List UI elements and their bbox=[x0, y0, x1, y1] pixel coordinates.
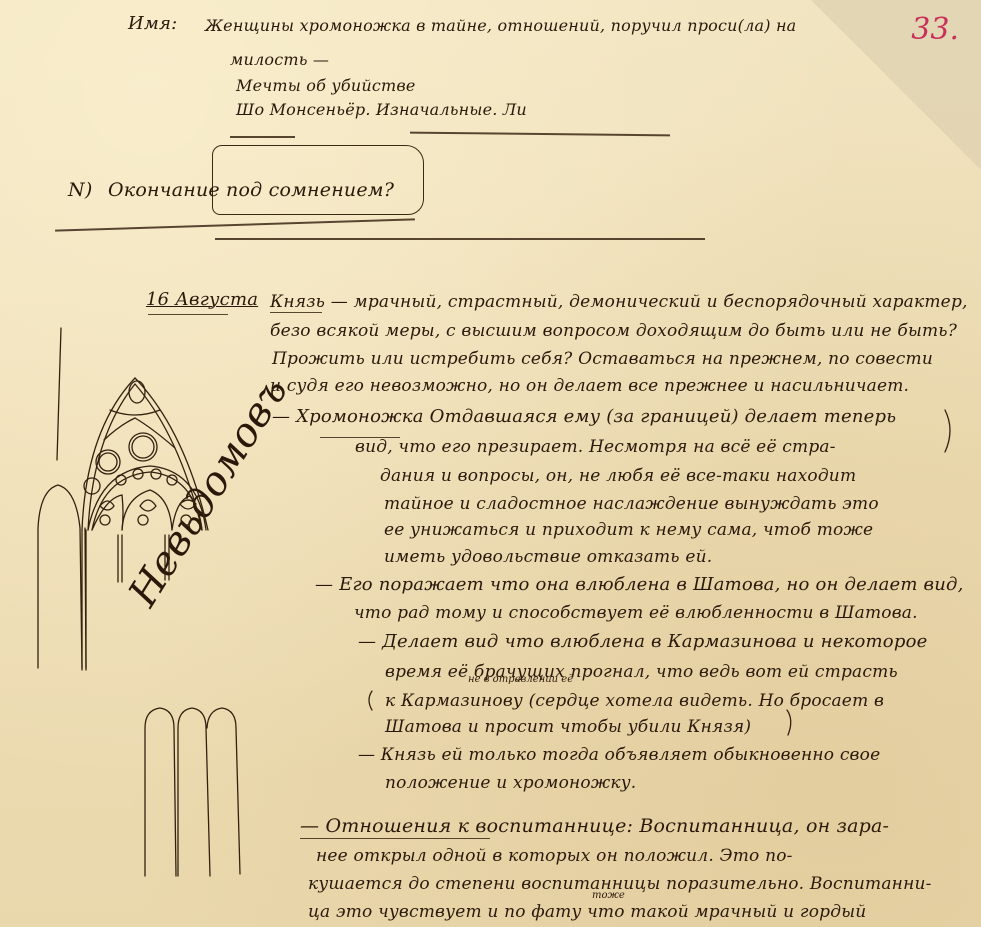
small-pointed-arch bbox=[38, 485, 82, 668]
right-bracket bbox=[945, 410, 950, 452]
paren-close bbox=[787, 710, 791, 735]
margin-sketches bbox=[0, 0, 981, 927]
paren-open bbox=[369, 691, 372, 710]
margin-vertical-line bbox=[57, 328, 61, 460]
triple-round-arch bbox=[145, 708, 240, 876]
manuscript-page: 33. Имя: Женщины хромоножка в тайне, отн… bbox=[0, 0, 981, 927]
gothic-tracery-window bbox=[82, 378, 208, 670]
